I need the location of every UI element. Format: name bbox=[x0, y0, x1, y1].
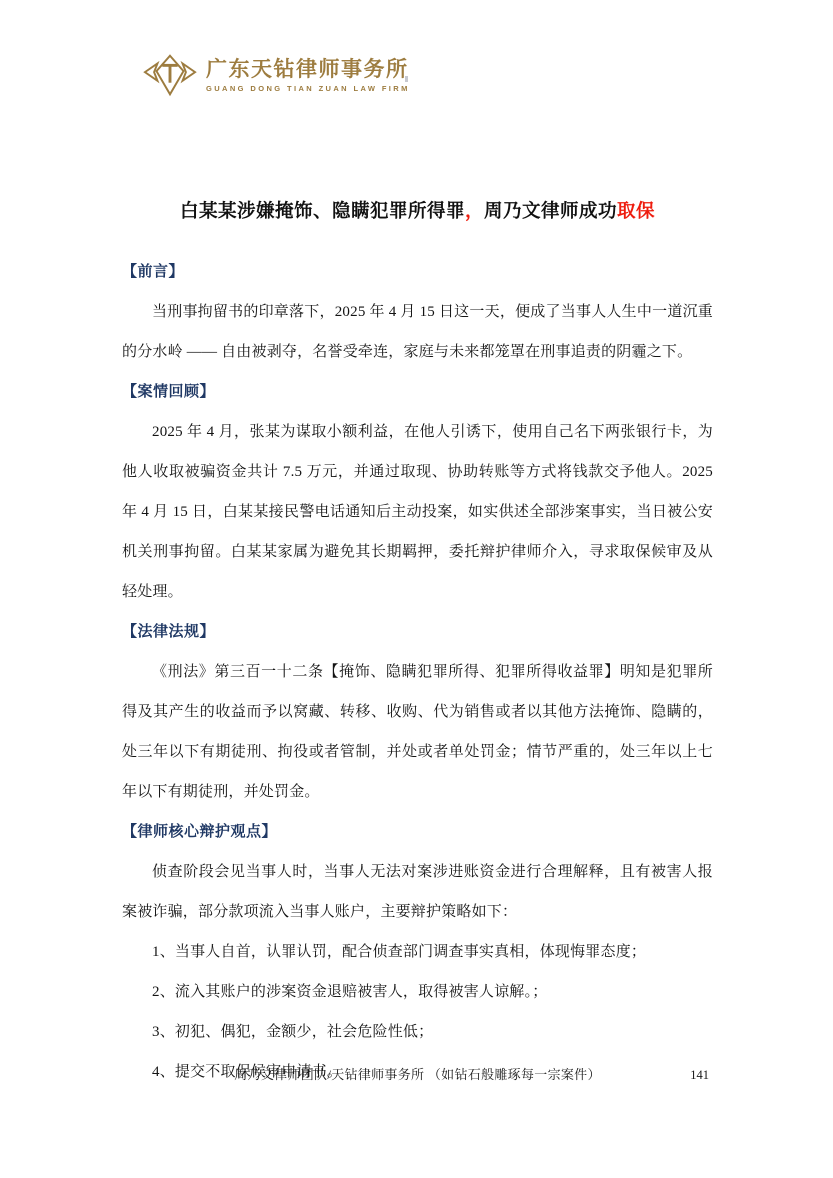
defense-point-3: 3、初犯、偶犯，金额少，社会危险性低； bbox=[122, 1012, 713, 1052]
section-heading-defense-points: 【律师核心辩护观点】 bbox=[122, 812, 713, 852]
section-heading-law: 【法律法规】 bbox=[122, 612, 713, 652]
document-page: 广东天钻律师事务所 GUANG DONG TIAN ZUAN LAW FIRM … bbox=[0, 0, 833, 1178]
page-number: 141 bbox=[690, 1064, 709, 1086]
defense-intro-paragraph: 侦查阶段会见当事人时，当事人无法对案涉进账资金进行合理解释，且有被害人报案被诈骗… bbox=[122, 852, 713, 932]
section-heading-preface: 【前言】 bbox=[122, 252, 713, 292]
footer-team-line: 周乃文律师团队/天钻律师事务所 （如钻石般雕琢每一宗案件） bbox=[122, 1064, 713, 1086]
title-red-comma: ， bbox=[465, 200, 484, 221]
preface-paragraph: 当刑事拘留书的印章落下，2025 年 4 月 15 日这一天，便成了当事人人生中… bbox=[122, 292, 713, 372]
case-review-paragraph: 2025 年 4 月，张某为谋取小额利益，在他人引诱下，使用自己名下两张银行卡，… bbox=[122, 412, 713, 612]
article-body: 【前言】 当刑事拘留书的印章落下，2025 年 4 月 15 日这一天，便成了当… bbox=[122, 252, 713, 1092]
article-title: 白某某涉嫌掩饰、隐瞒犯罪所得罪，周乃文律师成功取保 bbox=[122, 196, 713, 226]
title-text: 白某某涉嫌掩饰、隐瞒犯罪所得罪 bbox=[180, 200, 465, 221]
defense-point-1: 1、当事人自首，认罪认罚，配合侦查部门调查事实真相，体现悔罪态度； bbox=[122, 932, 713, 972]
defense-point-2: 2、流入其账户的涉案资金退赔被害人，取得被害人谅解。； bbox=[122, 972, 713, 1012]
page-footer: 周乃文律师团队/天钻律师事务所 （如钻石般雕琢每一宗案件） 141 bbox=[122, 1064, 713, 1086]
document-content: 白某某涉嫌掩饰、隐瞒犯罪所得罪，周乃文律师成功取保 【前言】 当刑事拘留书的印章… bbox=[122, 0, 713, 1092]
title-red-highlight: 取保 bbox=[617, 200, 655, 221]
law-paragraph: 《刑法》第三百一十二条【掩饰、隐瞒犯罪所得、犯罪所得收益罪】明知是犯罪所得及其产… bbox=[122, 652, 713, 812]
section-heading-case-review: 【案情回顾】 bbox=[122, 372, 713, 412]
title-text-2: 周乃文律师成功 bbox=[484, 200, 617, 221]
